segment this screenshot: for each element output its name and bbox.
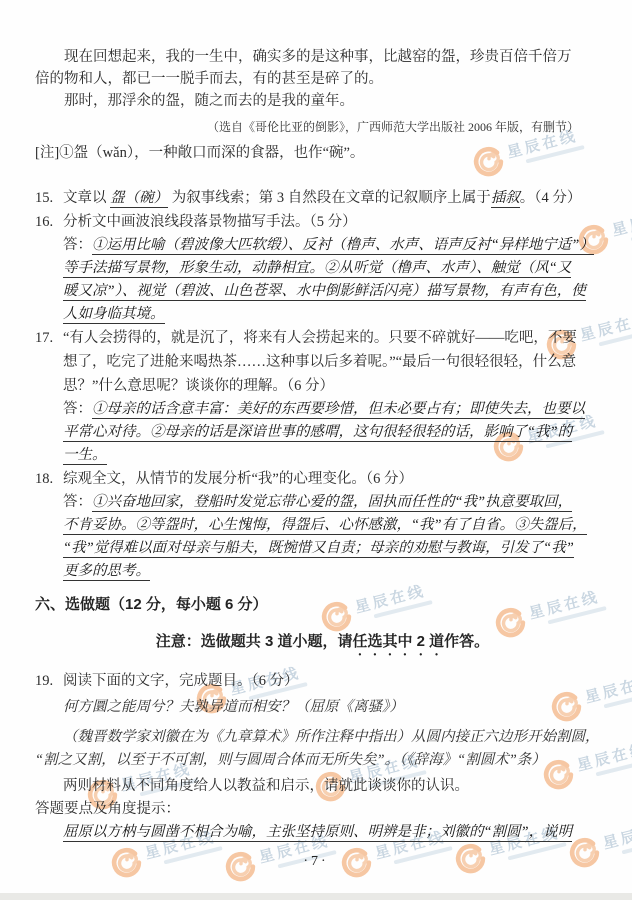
document-lines: 现在回想起来，我的一生中，确实多的是这种事，比越窑的盌，珍贵百倍千倍万倍的物和人…: [35, 0, 610, 844]
question-15: 15.文章以 盌（碗） 为叙事线索；第 3 自然段在文章的记叙顺序上属于插叙。（…: [35, 186, 610, 210]
page-number: ·7·: [0, 854, 632, 870]
quote-liuhui-line: “割之又割，以至于不可割，则与圆周合体而无所失矣”。（《辞海》“割圆术”条）: [35, 749, 610, 772]
text-segment: 现在回想起来，我的一生中，确实多的是这种事，比越窑的盌，珍贵百倍千倍万: [64, 49, 572, 65]
text-segment: 答：: [63, 494, 92, 510]
text-segment: 作答。: [444, 633, 489, 650]
quote-quyuan: 何方圜之能周兮？夫孰异道而相安？（屈原《离骚》）: [35, 695, 610, 719]
text-segment: 。（4 分）: [520, 190, 582, 206]
handwritten-answer-segment: ①兴奋地回家，登船时发觉忘带心爱的盌，固执而任性的“我”执意要取回，: [92, 494, 572, 512]
answer-18-line: 答：①兴奋地回家，登船时发觉忘带心爱的盌，固执而任性的“我”执意要取回，: [35, 491, 610, 514]
question-17-line: 思？”什么意思呢？谈谈你的理解。（6 分）: [35, 374, 610, 398]
handwritten-answer-segment: 人如身临其境。: [63, 306, 165, 324]
question-17: 17.“有人会捞得的，就是沉了，将来有人会捞起来的。只要不碎就好——吃吧，不要: [35, 326, 610, 350]
text-segment: 答题要点及角度提示：: [35, 801, 180, 817]
question-number: 18.: [35, 467, 53, 491]
text-segment: 答：: [63, 401, 92, 417]
handwritten-answer-segment: 盌（碗）: [110, 190, 168, 208]
text-segment: 注意：选做题共 3 道小题，请: [156, 633, 353, 650]
question-number: 15.: [35, 186, 53, 210]
handwritten-answer-segment: 不肯妥协。②等盌时，心生愧悔，得盌后、心怀感激，“我”有了自省。③失盌后，: [63, 517, 587, 535]
text-segment: 阅读下面的文字，完成题目。（6 分）: [63, 673, 299, 689]
passage-line: 那时，那浮氽的盌，随之而去的是我的童年。: [35, 90, 610, 112]
text-segment: 任选其中 2 道: [352, 633, 444, 650]
question-17-line: 想了，吃完了进舱来喝热茶……这种事以后多着呢。”“最后一句很轻很轻，什么意: [35, 350, 610, 374]
handwritten-answer-segment: ①运用比喻（碧波像大匹软缎）、反衬（橹声、水声、语声反衬“异样地宁适”）: [92, 237, 594, 255]
answer-17-line: 平常心对待。②母亲的话是深谙世事的感喟，这句很轻很轻的话，影响了“我”的: [35, 421, 610, 444]
answer-16-line: 暖又凉”）、视觉（碧波、山色苍翠、水中倒影鲜活闪亮）描写景物，有声有色，使: [35, 280, 610, 303]
question-19-prompt: 两则材料从不同角度给人以教益和启示，请就此谈谈你的认识。: [35, 774, 610, 798]
answer-18-line: 更多的思考。: [35, 560, 610, 583]
handwritten-answer-segment: 屈原以方枘与圆凿不相合为喻，主张坚持原则、明辨是非；刘徽的“割圆”，说明: [63, 824, 572, 842]
passage-source: （选自《哥伦比亚的倒影》，广西师范大学出版社 2006 年版，有删节）: [35, 116, 610, 138]
answer-hint-label: 答题要点及角度提示：: [35, 798, 610, 821]
answer-19-line: 屈原以方枘与圆凿不相合为喻，主张坚持原则、明辨是非；刘徽的“割圆”，说明: [35, 821, 610, 844]
text-segment: 两则材料从不同角度给人以教益和启示，请就此谈谈你的认识。: [63, 778, 469, 794]
answer-16-line: 答：①运用比喻（碧波像大匹软缎）、反衬（橹声、水声、语声反衬“异样地宁适”）: [35, 234, 610, 257]
answer-16-line: 人如身临其境。: [35, 303, 610, 326]
question-number: 16.: [35, 210, 53, 234]
answer-18-line: 不肯妥协。②等盌时，心生愧悔，得盌后、心怀感激，“我”有了自省。③失盌后，: [35, 514, 610, 537]
handwritten-answer-segment: 一生。: [63, 447, 107, 465]
question-number: 17.: [35, 326, 53, 350]
text-segment: “有人会捞得的，就是沉了，将来有人会捞起来的。只要不碎就好——吃吧，不要: [63, 330, 577, 346]
passage-note: [注]①盌（wǎn），一种敞口而深的食器，也作“碗”。: [35, 142, 610, 164]
answer-17-line: 答：①母亲的话含意丰富：美好的东西要珍惜，但未必要占有；即使失去，也要以: [35, 398, 610, 421]
scan-edge-strip: [0, 893, 632, 900]
passage-line: 现在回想起来，我的一生中，确实多的是这种事，比越窑的盌，珍贵百倍千倍万: [35, 46, 610, 68]
text-segment: 六、选做题（12 分，每小题 6 分）: [35, 596, 268, 613]
answer-16-line: 等手法描写景物，形象生动，动静相宜。②从听觉（橹声、水声）、触觉（风“又: [35, 257, 610, 280]
handwritten-answer-segment: 暖又凉”）、视觉（碧波、山色苍翠、水中倒影鲜活闪亮）描写景物，有声有色，使: [63, 283, 586, 301]
text-segment: 文章以: [63, 190, 110, 206]
text-segment: 综观全文，从情节的发展分析“我”的心理变化。（6 分）: [63, 471, 413, 487]
question-number: 19.: [35, 669, 53, 693]
handwritten-answer-segment: 等手法描写景物，形象生动，动静相宜。②从听觉（橹声、水声）、触觉（风“又: [63, 260, 571, 278]
answer-18-line: “我”觉得难以面对母亲与船夫，既惋惜又自责；母亲的劝慰与教诲，引发了“我”: [35, 537, 610, 560]
handwritten-answer-segment: 插叙: [491, 190, 520, 208]
text-segment: 答：: [63, 237, 92, 253]
text-segment: 那时，那浮氽的盌，随之而去的是我的童年。: [64, 93, 354, 109]
text-segment: 倍的物和人，都已一一脱手而去，有的甚至是碎了的。: [35, 71, 383, 87]
handwritten-answer-segment: 更多的思考。: [63, 563, 150, 581]
text-segment: 想了，吃完了进舱来喝热茶……这种事以后多着呢。”“最后一句很轻很轻，什么意: [63, 354, 576, 370]
answer-17-line: 一生。: [35, 444, 610, 467]
text-segment: “割之又割，以至于不可割，则与圆周合体而无所失矣”。（《辞海》“割圆术”条）: [35, 752, 546, 768]
question-19: 19.阅读下面的文字，完成题目。（6 分）: [35, 669, 610, 693]
handwritten-answer-segment: “我”觉得难以面对母亲与船夫，既惋惜又自责；母亲的劝慰与教诲，引发了“我”: [63, 540, 574, 558]
handwritten-answer-segment: 平常心对待。②母亲的话是深谙世事的感喟，这句很轻很轻的话，影响了“我”的: [63, 424, 572, 442]
section-6-heading: 六、选做题（12 分，每小题 6 分）: [35, 593, 610, 617]
text-segment: （魏晋数学家刘徽在为《九章算术》所作注释中指出）从圆内接正六边形开始割圆，: [63, 729, 600, 745]
text-segment: 思？”什么意思呢？谈谈你的理解。（6 分）: [63, 378, 334, 394]
quote-liuhui-line: （魏晋数学家刘徽在为《九章算术》所作注释中指出）从圆内接正六边形开始割圆，: [35, 725, 610, 749]
question-16: 16.分析文中画波浪线段落景物描写手法。（5 分）: [35, 210, 610, 234]
notice-line: 注意：选做题共 3 道小题，请任选其中 2 道作答。: [35, 630, 610, 659]
exam-paper-page: 星辰在线星辰在线星辰在线星辰在线星辰在线星辰在线星辰在线星辰在线星辰在线星辰在线…: [0, 0, 632, 900]
text-segment: 何方圜之能周兮？夫孰异道而相安？（屈原《离骚》）: [63, 699, 404, 715]
handwritten-answer-segment: ①母亲的话含意丰富：美好的东西要珍惜，但未必要占有；即使失去，也要以: [92, 401, 585, 419]
watermark-text: 星辰在线: [611, 206, 632, 246]
text-segment: 分析文中画波浪线段落景物描写手法。（5 分）: [63, 214, 357, 230]
passage-line: 倍的物和人，都已一一脱手而去，有的甚至是碎了的。: [35, 68, 610, 90]
watermark-subtext-blur: [622, 836, 632, 854]
text-segment: 为叙事线索；第 3 自然段在文章的记叙顺序上属于: [168, 190, 491, 206]
text-segment: [注]①盌（wǎn），一种敞口而深的食器，也作“碗”。: [35, 145, 364, 161]
question-18: 18.综观全文，从情节的发展分析“我”的心理变化。（6 分）: [35, 467, 610, 491]
text-segment: （选自《哥伦比亚的倒影》，广西师范大学出版社 2006 年版，有删节）: [207, 120, 579, 134]
